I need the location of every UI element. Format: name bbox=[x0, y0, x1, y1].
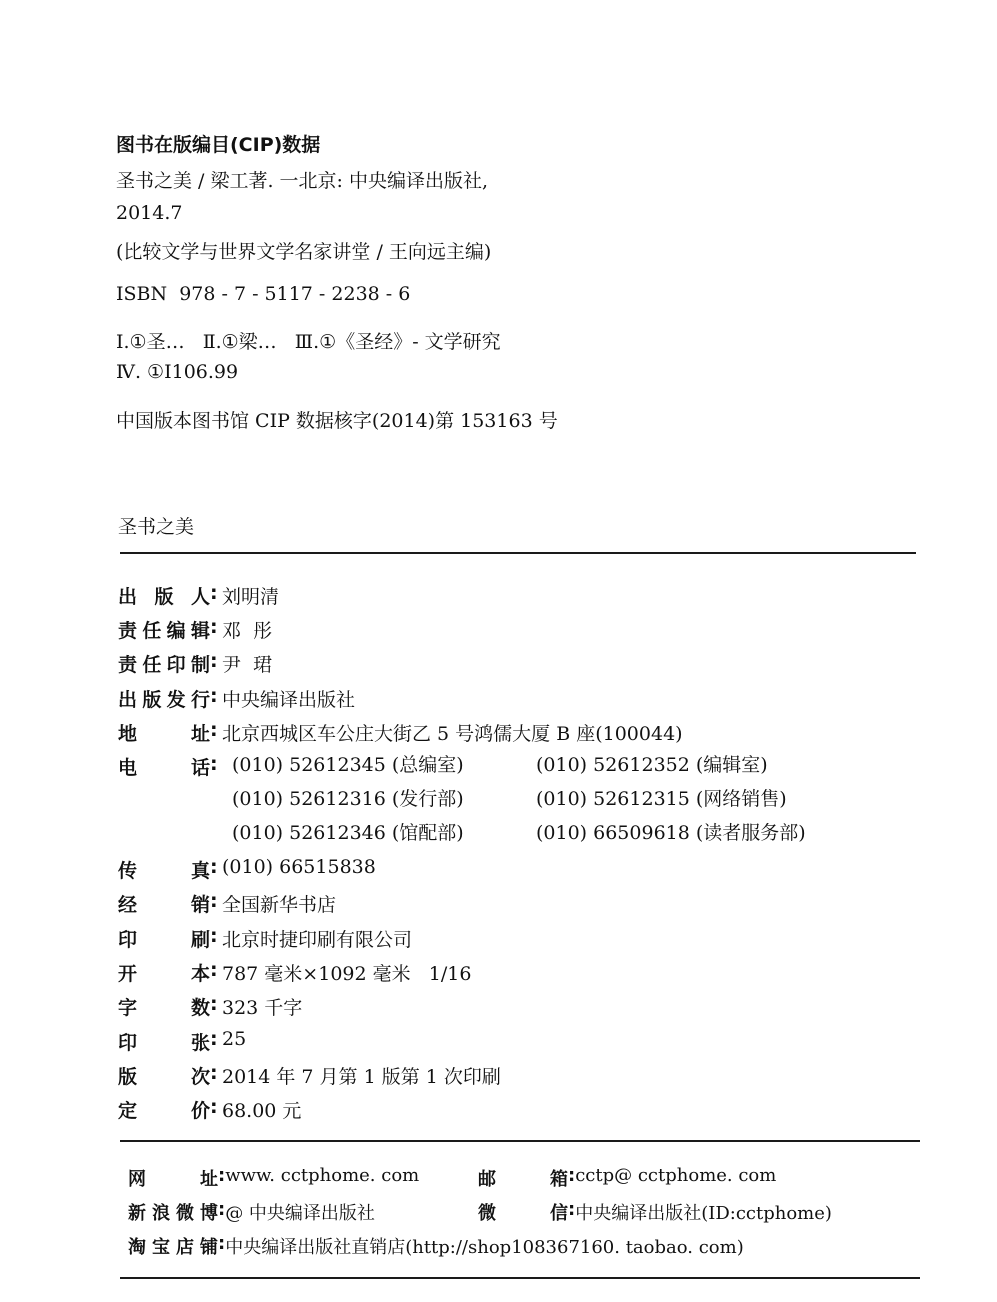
info-row-editor: 责任编辑:邓 彤 bbox=[118, 616, 272, 643]
info-label: 字数 bbox=[118, 993, 210, 1020]
info-row-price: 定价:68.00 元 bbox=[118, 1096, 301, 1123]
info-row-address: 地址:北京西城区车公庄大街乙 5 号鸿儒大厦 B 座(100044) bbox=[118, 719, 683, 746]
contact-row-taobao: 淘宝店铺:中央编译出版社直销店(http://shop108367160. ta… bbox=[128, 1233, 744, 1259]
cip-line-classification: Ⅰ.①圣… Ⅱ.①梁… Ⅲ.①《圣经》- 文学研究 bbox=[116, 327, 501, 354]
contact-row-web-email: 网址:www. cctphome. com 邮箱:cctp@ cctphome.… bbox=[128, 1165, 776, 1191]
info-label: 地址 bbox=[118, 719, 210, 746]
taobao-value[interactable]: 中央编译出版社直销店(http://shop108367160. taobao.… bbox=[225, 1233, 744, 1259]
info-row-format: 开本:787 毫米×1092 毫米 1/16 bbox=[118, 959, 471, 986]
info-label: 传真 bbox=[118, 856, 210, 883]
cip-line-class-number: Ⅳ. ①I106.99 bbox=[116, 361, 238, 383]
info-label: 责任编辑 bbox=[118, 616, 210, 643]
phone-reader-service: (010) 66509618 (读者服务部) bbox=[536, 818, 840, 845]
phone-library-supply: (010) 52612346 (馆配部) bbox=[232, 818, 536, 845]
taobao-label: 淘宝店铺 bbox=[128, 1233, 218, 1259]
info-value: (010) 66515838 bbox=[222, 856, 376, 883]
info-value: 2014 年 7 月第 1 版第 1 次印刷 bbox=[222, 1062, 501, 1089]
phone-list: (010) 52612345 (总编室) (010) 52612352 (编辑室… bbox=[232, 746, 840, 848]
phone-row: (010) 52612345 (总编室) (010) 52612352 (编辑室… bbox=[232, 746, 840, 780]
info-value: 邓 彤 bbox=[222, 616, 272, 643]
info-label: 开本 bbox=[118, 959, 210, 986]
divider-top bbox=[120, 552, 916, 554]
info-value: 中央编译出版社 bbox=[222, 685, 355, 712]
cip-line-title-author: 圣书之美 / 梁工著. 一北京: 中央编译出版社, bbox=[116, 166, 488, 193]
cip-line-date: 2014.7 bbox=[116, 202, 182, 224]
info-value: 787 毫米×1092 毫米 1/16 bbox=[222, 959, 471, 986]
phone-row: (010) 52612346 (馆配部) (010) 66509618 (读者服… bbox=[232, 814, 840, 848]
info-row-distributor: 出版发行:中央编译出版社 bbox=[118, 685, 355, 712]
divider-bottom bbox=[120, 1277, 920, 1279]
info-row-fax: 传真:(010) 66515838 bbox=[118, 856, 376, 883]
phone-chief-editor-office: (010) 52612345 (总编室) bbox=[232, 750, 536, 777]
book-title: 圣书之美 bbox=[118, 512, 194, 539]
info-value: 68.00 元 bbox=[222, 1096, 301, 1123]
cip-line-series: (比较文学与世界文学名家讲堂 / 王向远主编) bbox=[116, 237, 491, 264]
contact-row-weibo-wechat: 新浪微博:@ 中央编译出版社 微信:中央编译出版社(ID:cctphome) bbox=[128, 1199, 832, 1225]
info-row-word-count: 字数:323 千字 bbox=[118, 993, 302, 1020]
cip-heading: 图书在版编目(CIP)数据 bbox=[116, 130, 320, 157]
info-row-printer: 印刷:北京时捷印刷有限公司 bbox=[118, 925, 412, 952]
weibo-value: @ 中央编译出版社 bbox=[225, 1199, 375, 1225]
phone-editorial-office: (010) 52612352 (编辑室) bbox=[536, 750, 840, 777]
divider-middle bbox=[120, 1140, 920, 1142]
info-value: 北京西城区车公庄大街乙 5 号鸿儒大厦 B 座(100044) bbox=[222, 719, 683, 746]
info-row-publisher-person: 出版人:刘明清 bbox=[118, 582, 279, 609]
info-value: 刘明清 bbox=[222, 582, 279, 609]
info-value: 北京时捷印刷有限公司 bbox=[222, 925, 412, 952]
info-value: 尹 珺 bbox=[222, 650, 272, 677]
email-value[interactable]: cctp@ cctphome. com bbox=[575, 1165, 776, 1191]
info-row-printed-sheets: 印张:25 bbox=[118, 1028, 246, 1055]
info-label: 出版发行 bbox=[118, 685, 210, 712]
info-label: 出版人 bbox=[118, 582, 210, 609]
phone-distribution: (010) 52612316 (发行部) bbox=[232, 784, 536, 811]
phone-online-sales: (010) 52612315 (网络销售) bbox=[536, 784, 840, 811]
email-label: 邮箱 bbox=[478, 1165, 568, 1191]
info-row-phone: 电话: bbox=[118, 753, 222, 780]
info-label: 责任印制 bbox=[118, 650, 210, 677]
info-label: 经销 bbox=[118, 890, 210, 917]
info-row-sales: 经销:全国新华书店 bbox=[118, 890, 336, 917]
info-label: 电话 bbox=[118, 753, 210, 780]
info-value: 323 千字 bbox=[222, 993, 302, 1020]
info-label: 印刷 bbox=[118, 925, 210, 952]
weibo-label: 新浪微博 bbox=[128, 1199, 218, 1225]
cip-line-record-number: 中国版本图书馆 CIP 数据核字(2014)第 153163 号 bbox=[116, 406, 558, 433]
website-value[interactable]: www. cctphome. com bbox=[225, 1165, 419, 1191]
info-label: 印张 bbox=[118, 1028, 210, 1055]
phone-row: (010) 52612316 (发行部) (010) 52612315 (网络销… bbox=[232, 780, 840, 814]
info-label: 版次 bbox=[118, 1062, 210, 1089]
cip-line-isbn: ISBN 978 - 7 - 5117 - 2238 - 6 bbox=[116, 283, 410, 305]
wechat-label: 微信 bbox=[478, 1199, 568, 1225]
info-value: 全国新华书店 bbox=[222, 890, 336, 917]
website-label: 网址 bbox=[128, 1165, 218, 1191]
info-value: 25 bbox=[222, 1028, 246, 1055]
wechat-value: 中央编译出版社(ID:cctphome) bbox=[575, 1199, 832, 1225]
info-row-edition: 版次:2014 年 7 月第 1 版第 1 次印刷 bbox=[118, 1062, 501, 1089]
info-row-print-supervisor: 责任印制:尹 珺 bbox=[118, 650, 272, 677]
info-label: 定价 bbox=[118, 1096, 210, 1123]
